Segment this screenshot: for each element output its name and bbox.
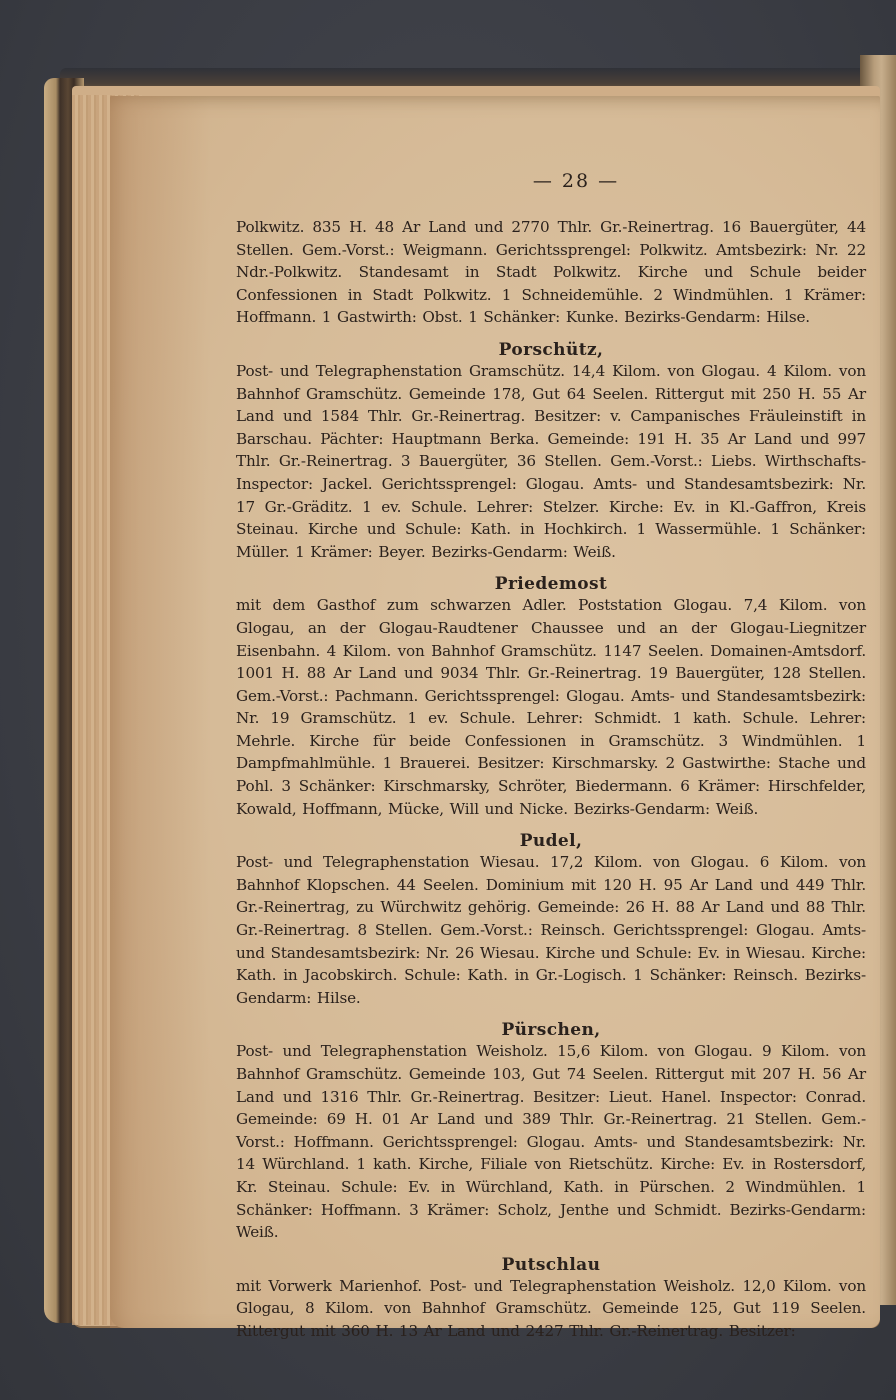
entry-priedemost: Priedemost mit dem Gasthof zum schwarzen… (236, 574, 866, 820)
entry-title: Putschlau (236, 1255, 866, 1275)
entry-title: Pürschen, (236, 1020, 866, 1040)
entry-title: Porschütz, (236, 340, 866, 360)
entry-continuation: Polkwitz. 835 H. 48 Ar Land und 2770 Thl… (236, 216, 866, 329)
page-gutter-shadow (110, 96, 210, 1328)
entry-text: mit dem Gasthof zum schwarzen Adler. Pos… (236, 594, 866, 820)
entry-putschlau: Putschlau mit Vorwerk Marienhof. Post- u… (236, 1255, 866, 1343)
entry-text: Post- und Telegraphenstation Wiesau. 17,… (236, 851, 866, 1009)
entry-puerschen: Pürschen, Post- und Telegraphenstation W… (236, 1020, 866, 1243)
entry-title: Pudel, (236, 831, 866, 851)
entry-text: Polkwitz. 835 H. 48 Ar Land und 2770 Thl… (236, 216, 866, 329)
entry-text: Post- und Telegraphenstation Weisholz. 1… (236, 1040, 866, 1243)
page-number: — 28 — (236, 170, 866, 192)
entry-title: Priedemost (236, 574, 866, 594)
entry-text: Post- und Telegraphenstation Gramschütz.… (236, 360, 866, 563)
entry-porschuetz: Porschütz, Post- und Telegraphenstation … (236, 340, 866, 563)
entry-text: mit Vorwerk Marienhof. Post- und Telegra… (236, 1275, 866, 1343)
page-content: — 28 — Polkwitz. 835 H. 48 Ar Land und 2… (236, 170, 866, 1354)
entry-pudel: Pudel, Post- und Telegraphenstation Wies… (236, 831, 866, 1009)
